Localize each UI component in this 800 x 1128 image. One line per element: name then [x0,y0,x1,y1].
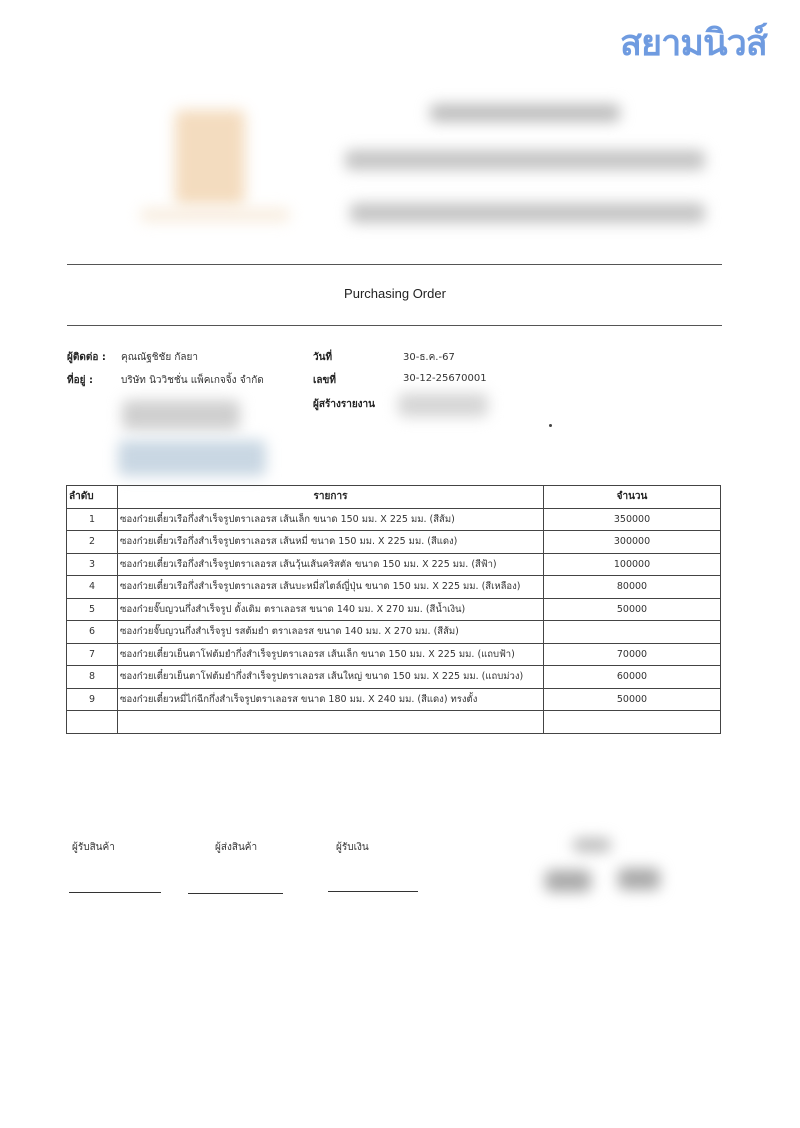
header-description: รายการ [118,486,544,509]
row-number: 3 [67,553,118,576]
header-quantity: จำนวน [544,486,721,509]
table-row: 4ซองก๋วยเตี๋ยวเรือกึ่งสำเร็จรูปตราเลอรส … [67,576,721,599]
creator-value-blurred [398,393,488,417]
number-label: เลขที่ [313,373,336,388]
contact-label: ผู้ติดต่อ : [67,350,106,365]
table-row: 1ซองก๋วยเตี๋ยวเรือกึ่งสำเร็จรูปตราเลอรส … [67,508,721,531]
row-number: 2 [67,531,118,554]
row-quantity: 60000 [544,666,721,689]
signature-payee-label: ผู้รับเงิน [336,840,369,855]
table-row: 3ซองก๋วยเตี๋ยวเรือกึ่งสำเร็จรูปตราเลอรส … [67,553,721,576]
row-quantity [544,621,721,644]
row-description: ซองก๋วยเตี๋ยวเรือกึ่งสำเร็จรูปตราเลอรส เ… [118,553,544,576]
address-line-blurred [122,400,240,430]
approver-title-blurred [573,838,611,852]
company-logo-caption-blurred [140,208,290,222]
number-value: 30-12-25670001 [403,373,487,384]
date-value: 30-ธ.ค.-67 [403,350,455,365]
row-quantity: 50000 [544,598,721,621]
siamnews-watermark: สยามนิวส์ [620,14,767,71]
company-address-blurred [345,150,705,170]
approver-signature-blurred [545,870,591,892]
row-number: 4 [67,576,118,599]
signature-sender-line [188,893,283,894]
header-divider-bottom [67,325,722,326]
row-description: ซองก๋วยเตี๋ยวเย็นตาโฟต้มยำกึ่งสำเร็จรูปต… [118,643,544,666]
table-row: 8ซองก๋วยเตี๋ยวเย็นตาโฟต้มยำกึ่งสำเร็จรูป… [67,666,721,689]
row-quantity: 100000 [544,553,721,576]
table-header-row: ลำดับ รายการ จำนวน [67,486,721,509]
table-row: 2ซองก๋วยเตี๋ยวเรือกึ่งสำเร็จรูปตราเลอรส … [67,531,721,554]
items-table: ลำดับ รายการ จำนวน 1ซองก๋วยเตี๋ยวเรือกึ่… [66,485,721,734]
table-row [67,711,721,734]
table-row: 6ซองก๋วยจั๊บญวนกึ่งสำเร็จรูป รสต้มยำ ตรา… [67,621,721,644]
creator-label: ผู้สร้างรายงาน [313,397,375,412]
signature-payee-line [328,891,418,892]
row-quantity: 80000 [544,576,721,599]
row-description: ซองก๋วยเตี๋ยวเย็นตาโฟต้มยำกึ่งสำเร็จรูปต… [118,666,544,689]
row-quantity: 350000 [544,508,721,531]
address-extra-blurred [118,440,266,476]
row-number: 6 [67,621,118,644]
address-value: บริษัท นิววิชชั่น แพ็คเกจจิ้ง จำกัด [121,373,264,388]
contact-value: คุณณัฐชิชัย กัลยา [121,350,198,365]
company-name-blurred [430,104,620,122]
row-quantity: 300000 [544,531,721,554]
row-description: ซองก๋วยเตี๋ยวเรือกึ่งสำเร็จรูปตราเลอรส เ… [118,508,544,531]
company-contact-blurred [350,203,705,223]
row-number: 1 [67,508,118,531]
row-number: 5 [67,598,118,621]
table-row: 7ซองก๋วยเตี๋ยวเย็นตาโฟต้มยำกึ่งสำเร็จรูป… [67,643,721,666]
stray-dot [549,424,552,427]
table-row: 5ซองก๋วยจั๊บญวนกึ่งสำเร็จรูป ดั้งเดิม ตร… [67,598,721,621]
row-description: ซองก๋วยจั๊บญวนกึ่งสำเร็จรูป รสต้มยำ ตราเ… [118,621,544,644]
signature-receiver-line [69,892,161,893]
row-quantity [544,711,721,734]
row-number [67,711,118,734]
row-description: ซองก๋วยเตี๋ยวเรือกึ่งสำเร็จรูปตราเลอรส เ… [118,576,544,599]
date-label: วันที่ [313,350,332,365]
row-quantity: 50000 [544,688,721,711]
row-description [118,711,544,734]
header-no: ลำดับ [67,486,118,509]
row-description: ซองก๋วยจั๊บญวนกึ่งสำเร็จรูป ดั้งเดิม ตรา… [118,598,544,621]
signature-sender-label: ผู้ส่งสินค้า [215,840,257,855]
address-label: ที่อยู่ : [67,373,93,388]
row-description: ซองก๋วยเตี๋ยวหมี่ไก่ฉีกกึ่งสำเร็จรูปตราเ… [118,688,544,711]
header-divider-top [67,264,722,265]
row-number: 8 [67,666,118,689]
row-quantity: 70000 [544,643,721,666]
signature-receiver-label: ผู้รับสินค้า [72,840,115,855]
approver-name-blurred [618,868,660,890]
row-number: 7 [67,643,118,666]
row-description: ซองก๋วยเตี๋ยวเรือกึ่งสำเร็จรูปตราเลอรส เ… [118,531,544,554]
row-number: 9 [67,688,118,711]
company-logo-icon [175,110,245,205]
table-row: 9ซองก๋วยเตี๋ยวหมี่ไก่ฉีกกึ่งสำเร็จรูปตรา… [67,688,721,711]
document-title: Purchasing Order [0,286,790,301]
